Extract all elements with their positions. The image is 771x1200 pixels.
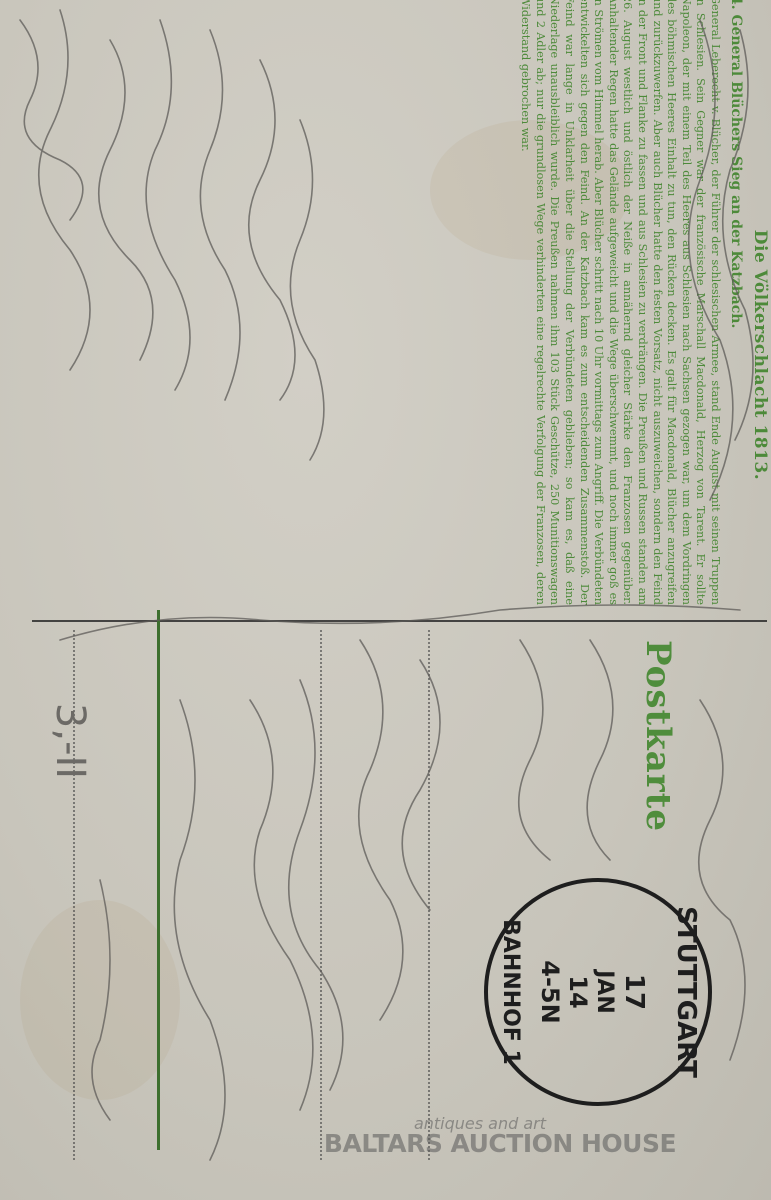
watermark-name: BALTARS AUCTION HOUSE — [290, 1129, 710, 1158]
pencil-price-note: 3,-II — [47, 703, 93, 779]
postmark-month: JAN — [592, 968, 617, 1014]
postcard-back: Die Völkerschlacht 1813. 4. General Blüc… — [0, 0, 771, 1200]
watermark: antiques and art BALTARS AUCTION HOUSE — [290, 1114, 710, 1158]
postmark-year: 14 — [564, 975, 592, 1008]
postmark-stamp: STUTTGART 17 JAN 14 4-5N BAHNHOF 1 — [478, 872, 718, 1112]
postmark-day: 17 — [619, 974, 649, 1010]
postmark-city: STUTTGART — [671, 906, 701, 1078]
postmark-station: BAHNHOF 1 — [498, 919, 523, 1065]
postmark-time: 4-5N — [536, 960, 564, 1023]
